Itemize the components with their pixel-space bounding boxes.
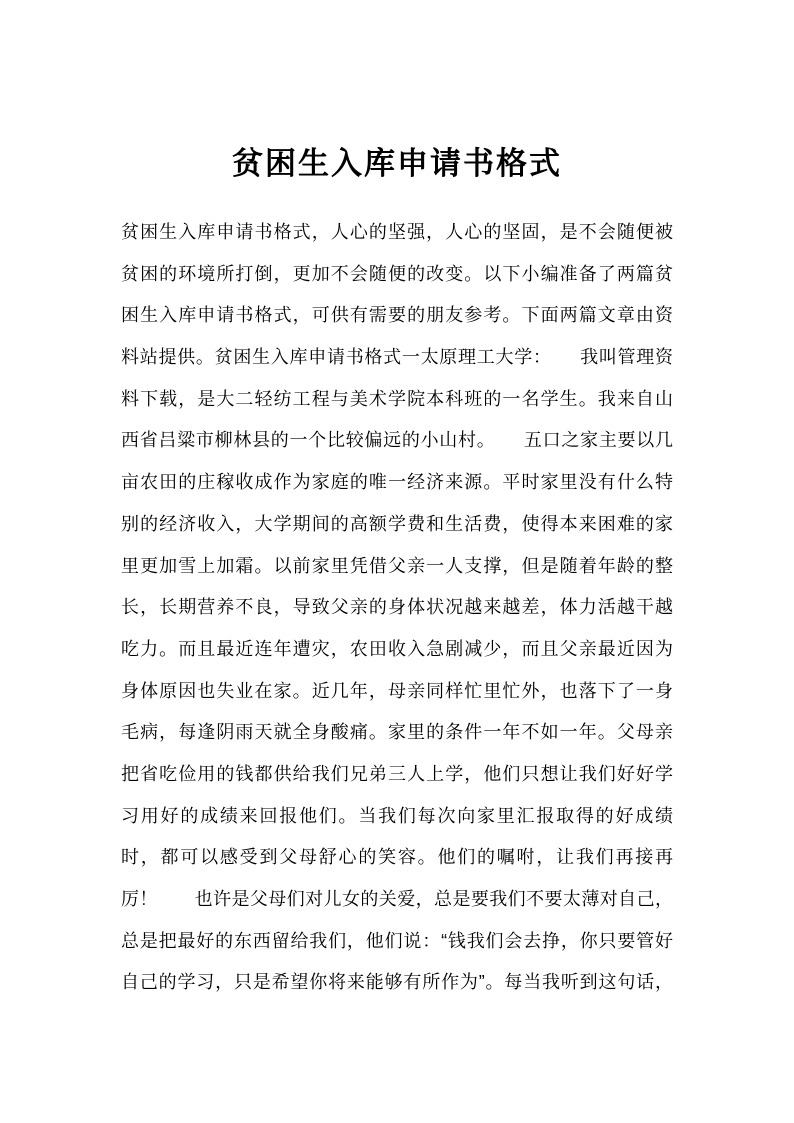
text-line: 贫困生入库申请书格式，人心的坚强，人心的坚固，是不会随便被	[121, 212, 673, 254]
text-line: 时，都可以感受到父母舒心的笑容。他们的嘱咐，让我们再接再	[121, 837, 673, 879]
text-line: 贫困的环境所打倒，更加不会随便的改变。以下小编准备了两篇贫	[121, 254, 673, 296]
document-title: 贫困生入库申请书格式	[0, 144, 794, 184]
text-line: 厉！ 也许是父母们对儿女的关爱，总是要我们不要太薄对自己，	[121, 879, 673, 921]
text-line: 困生入库申请书格式，可供有需要的朋友参考。下面两篇文章由资	[121, 295, 673, 337]
text-line: 料站提供。贫困生入库申请书格式一太原理工大学： 我叫管理资	[121, 337, 673, 379]
text-line: 把省吃俭用的钱都供给我们兄弟三人上学，他们只想让我们好好学	[121, 754, 673, 796]
text-line: 自己的学习，只是希望你将来能够有所作为”。每当我听到这句话，	[121, 962, 673, 1004]
text-line: 别的经济收入，大学期间的高额学费和生活费，使得本来困难的家	[121, 504, 673, 546]
document-page: 贫困生入库申请书格式 贫困生入库申请书格式，人心的坚强，人心的坚固，是不会随便被…	[0, 0, 794, 1123]
text-line: 亩农田的庄稼收成作为家庭的唯一经济来源。平时家里没有什么特	[121, 462, 673, 504]
text-line: 身体原因也失业在家。近几年，母亲同样忙里忙外，也落下了一身	[121, 671, 673, 713]
text-line: 总是把最好的东西留给我们，他们说：“钱我们会去挣，你只要管好	[121, 921, 673, 963]
document-body: 贫困生入库申请书格式，人心的坚强，人心的坚固，是不会随便被贫困的环境所打倒，更加…	[121, 212, 673, 1004]
text-line: 毛病，每逢阴雨天就全身酸痛。家里的条件一年不如一年。父母亲	[121, 712, 673, 754]
text-line: 长，长期营养不良，导致父亲的身体状况越来越差，体力活越干越	[121, 587, 673, 629]
text-line: 里更加雪上加霜。以前家里凭借父亲一人支撑，但是随着年龄的整	[121, 546, 673, 588]
text-line: 习用好的成绩来回报他们。当我们每次向家里汇报取得的好成绩	[121, 796, 673, 838]
text-line: 料下载，是大二轻纺工程与美术学院本科班的一名学生。我来自山	[121, 379, 673, 421]
text-line: 西省吕粱市柳林县的一个比较偏远的小山村。 五口之家主要以几	[121, 420, 673, 462]
text-line: 吃力。而且最近连年遭灾，农田收入急剧减少，而且父亲最近因为	[121, 629, 673, 671]
